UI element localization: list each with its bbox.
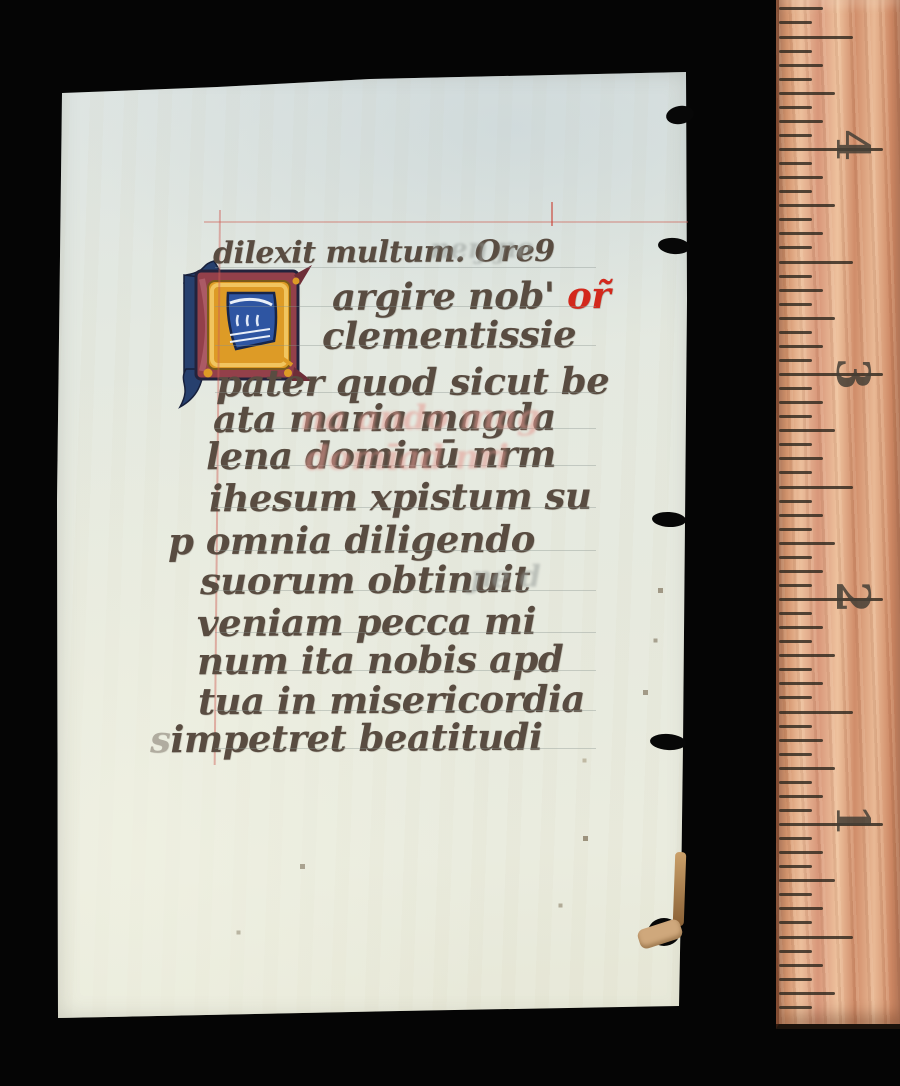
ruler-tick [779,345,823,348]
ruler-tick [779,92,835,95]
ruler-tick [779,893,812,896]
ruler-tick [779,682,823,685]
ruler-tick [779,795,823,798]
ruler-tick [779,443,812,446]
ruler-inch-number: 1 [830,798,876,842]
ruler-tick [779,429,835,432]
ruler-tick [779,457,823,460]
ruler-tick [779,261,853,264]
ruler-tick [779,401,823,404]
ruler-tick [779,964,823,967]
ruler-tick [779,7,823,10]
ruler-tick [779,500,812,503]
ruler-tick [779,514,823,517]
ruler-tick [779,303,812,306]
ruler-tick [779,387,812,390]
ruler-tick [779,78,812,81]
ruler-tick [779,331,812,334]
ruler-tick [779,753,812,756]
ruler-tick [779,120,823,123]
ruler-tick [779,317,835,320]
ruler-tick [779,275,812,278]
wooden-ruler: 4321 [776,0,900,1029]
ruler-tick [779,471,812,474]
ruler-tick [779,767,835,770]
ruler-tick [779,668,812,671]
ruler-inch-number: 2 [830,575,876,619]
parchment-specks [0,0,1,1]
ruler-tick [779,162,812,165]
ruler-tick [779,837,812,840]
ruler-tick [779,936,853,939]
ruler-tick [779,289,823,292]
ruler-tick [779,134,812,137]
ruler-tick [779,654,835,657]
ruler-tick [779,21,812,24]
ruler-tick [779,921,812,924]
ruler-tick [779,809,812,812]
ruler-tick [779,992,835,995]
ruler-tick [779,640,812,643]
ruler-tick [779,851,823,854]
ruler-tick [779,626,823,629]
ruler-inch-number: 3 [830,352,876,396]
ruler-tick [779,865,812,868]
photo-scene: dilexit multum. Ore9argire nob' or̃cleme… [0,0,900,1086]
ruler-tick [779,570,823,573]
ruler-tick [779,612,812,615]
ruler-tick [779,781,812,784]
ruler-inch-number: 4 [830,123,876,167]
ruler-tick [779,415,812,418]
ruler-tick [779,950,812,953]
ruler-tick [779,556,812,559]
ruler-tick [779,711,853,714]
ruler-tick [779,359,812,362]
ruler-tick [779,204,835,207]
manuscript-leaf [57,71,690,1019]
ruler-tick [779,232,823,235]
ruler-tick [779,190,812,193]
ruler-tick [779,739,823,742]
ruler-tick [779,879,835,882]
ruler-tick [779,907,823,910]
ruler-tick [779,246,812,249]
ruler-tick [779,696,812,699]
ruler-tick [779,725,812,728]
ruler-tick [779,978,812,981]
ruler-tick [779,36,853,39]
ruler-tick [779,50,812,53]
ruler-tick [779,584,812,587]
ruler-tick [779,64,823,67]
ruler-tick [779,1006,812,1009]
ruler-tick [779,486,853,489]
ruler-tick [779,218,812,221]
ruler-tick [779,106,812,109]
ruler-tick [779,176,823,179]
ruler-tick [779,528,812,531]
ruler-tick [779,542,835,545]
